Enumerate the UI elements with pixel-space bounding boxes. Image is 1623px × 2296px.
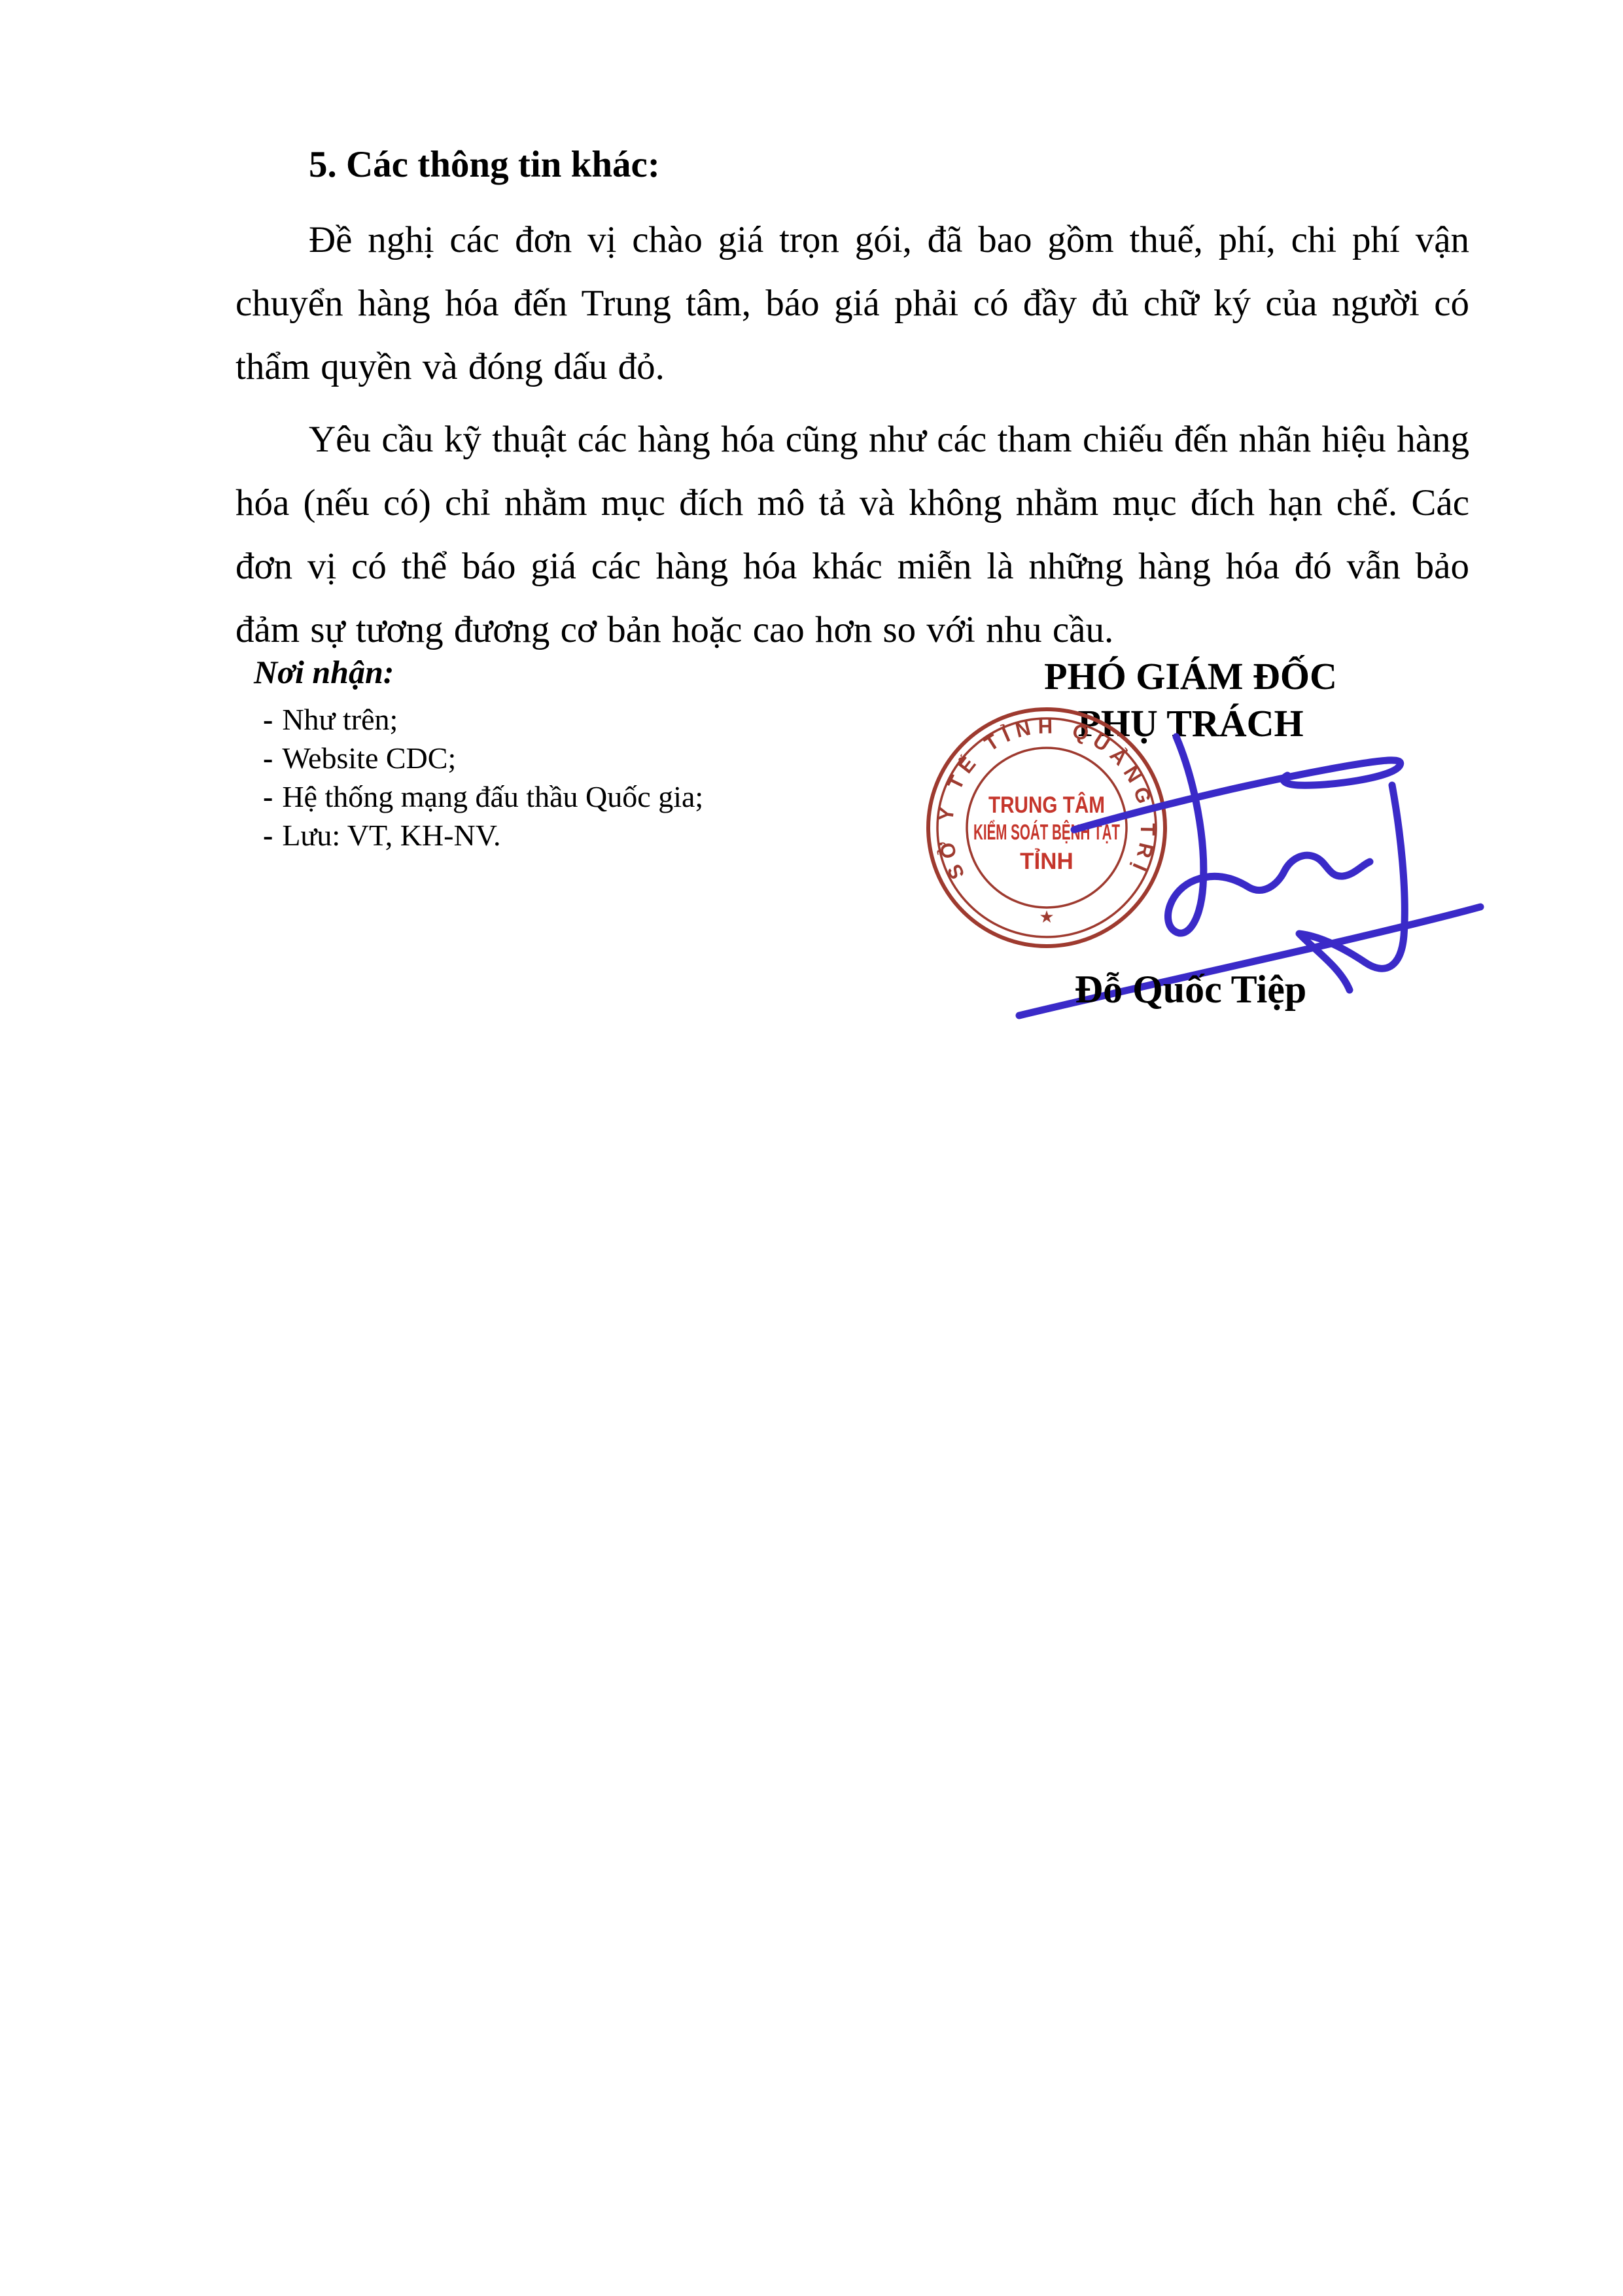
signer-title-line-1: PHÓ GIÁM ĐỐC	[949, 654, 1433, 698]
recipient-item: -Lưu: VT, KH-NV.	[254, 816, 751, 855]
recipient-item-text: Như trên;	[282, 703, 398, 736]
recipient-bullet: -	[263, 741, 273, 775]
recipient-bullet: -	[263, 780, 273, 813]
signer-name: Đỗ Quốc Tiệp	[949, 967, 1433, 1012]
paragraph-technical-requirements: Yêu cầu kỹ thuật các hàng hóa cũng như c…	[236, 408, 1469, 662]
recipient-item: -Như trên;	[254, 700, 751, 739]
recipient-bullet: -	[263, 703, 273, 736]
recipient-item-text: Hệ thống mạng đấu thầu Quốc gia;	[282, 780, 703, 813]
recipient-item-text: Lưu: VT, KH-NV.	[282, 819, 500, 852]
document-page: 5. Các thông tin khác: Đề nghị các đơn v…	[0, 0, 1623, 2296]
recipients-block: Nơi nhận: -Như trên; -Website CDC; -Hệ t…	[254, 653, 751, 855]
recipient-bullet: -	[263, 819, 273, 852]
document-body: 5. Các thông tin khác: Đề nghị các đơn v…	[236, 139, 1469, 671]
recipient-item-text: Website CDC;	[282, 741, 456, 775]
section-heading: 5. Các thông tin khác:	[236, 139, 1469, 191]
recipient-item: -Hệ thống mạng đấu thầu Quốc gia;	[254, 777, 751, 816]
recipients-label: Nơi nhận:	[254, 653, 751, 691]
recipient-item: -Website CDC;	[254, 739, 751, 777]
paragraph-pricing-terms: Đề nghị các đơn vị chào giá trọn gói, đã…	[236, 208, 1469, 398]
